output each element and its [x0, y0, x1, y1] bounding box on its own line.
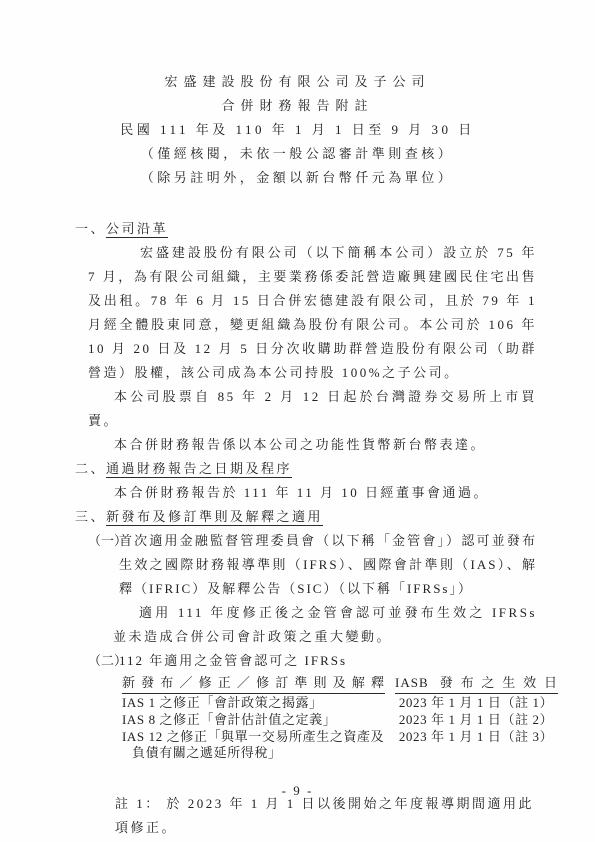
section1-title: 公司沿革 — [106, 221, 168, 238]
effective-date-cell: 2023 年 1 月 1 日（註 1） — [399, 695, 558, 712]
section3-heading: 三、新發布及修訂準則及解釋之適用 — [75, 505, 537, 529]
section2-title: 通過財務報告之日期及程序 — [106, 461, 292, 478]
standard-cell: IAS 1 之修正「會計政策之揭露」 — [122, 695, 389, 712]
document-header: 宏盛建設股份有限公司及子公司 合併財務報告附註 民國 111 年及 110 年 … — [0, 0, 595, 190]
item2-label: （二） — [88, 649, 127, 673]
standard-cell: IAS 8 之修正「會計估計值之定義」 — [122, 712, 389, 729]
stock-listing-paragraph: 本公司股票自 85 年 2 月 12 日起於台灣證券交易所上市買賣。 — [88, 385, 537, 433]
section2-number: 二、 — [75, 461, 106, 476]
item1-label: （一） — [88, 529, 127, 553]
section3-title: 新發布及修訂準則及解釋之適用 — [106, 509, 323, 526]
item2-text: 112 年適用之金管會認可之 IFRSs — [119, 653, 347, 668]
item-ifrs-2023: （二）112 年適用之金管會認可之 IFRSs — [88, 649, 537, 673]
functional-currency-paragraph: 本合併財務報告係以本公司之功能性貨幣新台幣表達。 — [88, 433, 537, 457]
section-report-approval: 二、通過財務報告之日期及程序 本合併財務報告於 111 年 11 月 10 日經… — [75, 457, 537, 505]
standard-cell: IAS 12 之修正「與單一交易所產生之資產及負債有關之遞延所得稅」 — [122, 729, 389, 762]
currency-unit-note: （除另註明外，金額以新台幣仟元為單位） — [0, 166, 595, 190]
report-period: 民國 111 年及 110 年 1 月 1 日至 9 月 30 日 — [0, 118, 595, 142]
table-row: IAS 8 之修正「會計估計值之定義」 2023 年 1 月 1 日（註 2） — [122, 712, 558, 729]
document-page: 宏盛建設股份有限公司及子公司 合併財務報告附註 民國 111 年及 110 年 … — [0, 0, 595, 842]
company-history-paragraph: 宏盛建設股份有限公司（以下簡稱本公司）設立於 75 年 7 月，為有限公司組織，… — [88, 241, 537, 385]
review-basis-note: （僅經核閱，未依一般公認審計準則查核） — [0, 142, 595, 166]
table-row: IAS 12 之修正「與單一交易所產生之資產及負債有關之遞延所得稅」 2023 … — [122, 729, 558, 762]
company-name: 宏盛建設股份有限公司及子公司 — [0, 70, 595, 94]
ifrs-table-body: IAS 1 之修正「會計政策之揭露」 2023 年 1 月 1 日（註 1） I… — [122, 695, 558, 762]
ifrs-table: 新發布／修正／修訂準則及解釋 IASB 發布之生效日 IAS 1 之修正「會計政… — [122, 674, 558, 762]
section-company-history: 一、公司沿革 宏盛建設股份有限公司（以下簡稱本公司）設立於 75 年 7 月，為… — [75, 217, 537, 457]
effective-date-cell: 2023 年 1 月 1 日（註 2） — [399, 712, 558, 729]
section1-number: 一、 — [75, 221, 106, 236]
item-first-time-adoption: （一）首次適用金融監督管理委員會（以下稱「金管會」）認可並發布生效之國際財務報導… — [88, 529, 537, 601]
item1-conclusion-paragraph: 適用 111 年度修正後之金管會認可並發布生效之 IFRSs 並未造成合併公司會… — [113, 601, 537, 649]
document-title: 合併財務報告附註 — [0, 94, 595, 118]
page-number: - 9 - — [0, 783, 595, 799]
section3-number: 三、 — [75, 509, 106, 524]
column-header-effective-date: IASB 發布之生效日 — [395, 674, 558, 694]
column-header-standards: 新發布／修正／修訂準則及解釋 — [122, 674, 385, 694]
effective-date-cell: 2023 年 1 月 1 日（註 3） — [399, 729, 558, 746]
item1-text: 首次適用金融監督管理委員會（以下稱「金管會」）認可並發布生效之國際財務報導準則（… — [119, 533, 537, 596]
board-approval-paragraph: 本合併財務報告於 111 年 11 月 10 日經董事會通過。 — [88, 481, 537, 505]
table-row: IAS 1 之修正「會計政策之揭露」 2023 年 1 月 1 日（註 1） — [122, 695, 558, 712]
document-body: 一、公司沿革 宏盛建設股份有限公司（以下簡稱本公司）設立於 75 年 7 月，為… — [75, 217, 537, 840]
section2-heading: 二、通過財務報告之日期及程序 — [75, 457, 537, 481]
section1-heading: 一、公司沿革 — [75, 217, 537, 241]
ifrs-table-header-row: 新發布／修正／修訂準則及解釋 IASB 發布之生效日 — [122, 674, 558, 694]
